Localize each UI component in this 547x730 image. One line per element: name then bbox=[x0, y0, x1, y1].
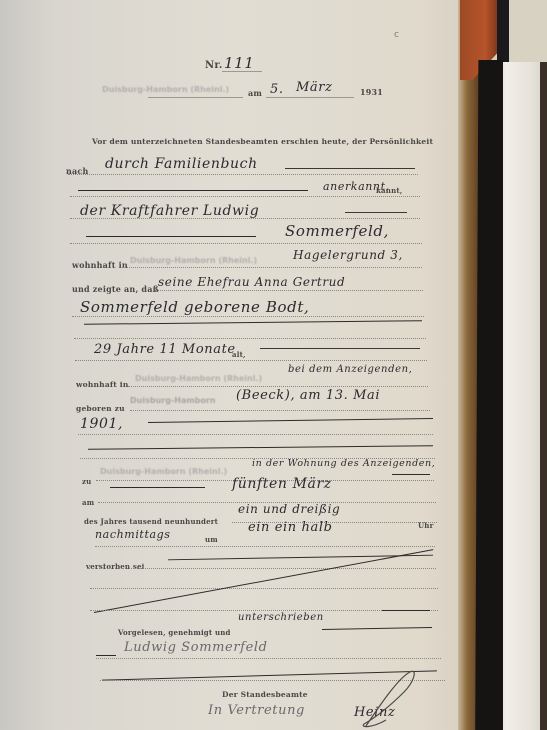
fill-line bbox=[110, 487, 205, 488]
identity-method: durch Familienbuch bbox=[105, 156, 258, 172]
declarant-line2: Sommerfeld, bbox=[285, 222, 389, 240]
nachmittags-hand: nachmittags bbox=[95, 528, 171, 541]
age-suffix: alt, bbox=[232, 350, 246, 359]
black-book-top bbox=[497, 0, 509, 65]
ruled-line bbox=[75, 360, 427, 361]
birth-year: 1901, bbox=[80, 416, 123, 432]
declarant-line1: der Kraftfahrer Ludwig bbox=[80, 203, 259, 219]
deceased-line2: Sommerfeld geborene Bodt, bbox=[80, 298, 309, 316]
date-prefix: am bbox=[248, 88, 262, 98]
uhr-label: Uhr bbox=[418, 521, 433, 530]
fill-line bbox=[382, 610, 430, 611]
official-signature-prefix: In Vertretung bbox=[208, 703, 305, 718]
white-book-shadow bbox=[540, 62, 547, 730]
ruled-line bbox=[70, 243, 422, 244]
death-place-hand: in der Wohnung des Anzeigenden, bbox=[252, 458, 435, 469]
deceased-line1: seine Ehefrau Anna Gertrud bbox=[158, 275, 345, 289]
ruled-line bbox=[128, 386, 428, 387]
place-line bbox=[148, 97, 243, 98]
declarant-street: Hagelergrund 3, bbox=[293, 248, 403, 262]
ruled-line bbox=[96, 658, 441, 659]
ruled-line bbox=[95, 546, 435, 547]
vorgelesen-label: Vorgelesen, genehmigt und bbox=[118, 628, 231, 637]
death-time-hand: ein ein halb bbox=[248, 520, 333, 535]
signature-flourish-icon bbox=[358, 668, 418, 730]
death-date-hand: fünften März bbox=[232, 476, 332, 492]
um-label: um bbox=[205, 535, 218, 544]
geboren-label: geboren zu bbox=[76, 404, 125, 413]
background-wall bbox=[509, 0, 547, 62]
corner-mark: c bbox=[394, 30, 399, 40]
declarant-signature: Ludwig Sommerfeld bbox=[124, 640, 268, 655]
ruled-line bbox=[70, 196, 420, 197]
known-suffix-print: kannt, bbox=[376, 186, 402, 195]
record-number-line bbox=[222, 71, 262, 72]
record-number: 111 bbox=[224, 54, 254, 72]
ruled-line bbox=[72, 316, 424, 317]
ruled-line bbox=[68, 174, 418, 175]
date-day: 5. bbox=[270, 82, 284, 97]
und-zeigte-label: und zeigte an, daß bbox=[72, 284, 159, 294]
official-title: Der Standesbeamte bbox=[222, 690, 308, 699]
fill-line bbox=[78, 190, 308, 191]
am-label: am bbox=[82, 498, 94, 507]
intro-text: Vor dem unterzeichneten Standesbeamten e… bbox=[92, 137, 433, 146]
photo-scene: c Nr. 111 Duisburg-Hamborn (Rheinl.) am … bbox=[0, 0, 547, 730]
jahres-label: des Jahres tausend neunhundert bbox=[84, 517, 218, 526]
birth-place-stamp: Duisburg-Hamborn bbox=[130, 396, 216, 405]
death-place-stamp: Duisburg-Hamborn (Rheinl.) bbox=[100, 467, 227, 476]
ruled-line bbox=[122, 267, 422, 268]
date-line bbox=[266, 97, 354, 98]
ruled-line bbox=[155, 290, 423, 291]
age: 29 Jahre 11 Monate bbox=[94, 342, 236, 357]
deceased-residence-hand: bei dem Anzeigenden, bbox=[288, 364, 412, 375]
fill-line bbox=[96, 655, 116, 656]
verstorben-label: verstorben sei bbox=[86, 562, 144, 571]
record-number-label: Nr. bbox=[205, 60, 223, 71]
fill-line bbox=[392, 474, 430, 475]
fill-line bbox=[345, 212, 407, 213]
date-month: März bbox=[296, 80, 333, 95]
fill-line bbox=[260, 348, 420, 349]
fill-line bbox=[86, 236, 256, 237]
zu-label: zu bbox=[82, 477, 91, 486]
birth-place-hand: (Beeck), am 13. Mai bbox=[236, 388, 380, 403]
place-stamp-header: Duisburg-Hamborn (Rheinl.) bbox=[102, 85, 229, 94]
deceased-residence-stamp: Duisburg-Hamborn (Rheinl.) bbox=[135, 374, 262, 383]
ruled-line bbox=[88, 568, 436, 569]
wohnhaft-label: wohnhaft in bbox=[72, 260, 128, 270]
ruled-line bbox=[130, 410, 430, 411]
vorgelesen-hand: unterschrieben bbox=[238, 612, 324, 623]
declarant-residence-stamp: Duisburg-Hamborn (Rheinl.) bbox=[130, 256, 257, 265]
ruled-line bbox=[74, 338, 426, 339]
ruled-line bbox=[70, 218, 420, 219]
date-year: 1931 bbox=[360, 87, 383, 97]
deceased-residence-label: wohnhaft in bbox=[76, 380, 128, 389]
ruled-line bbox=[78, 434, 433, 435]
ruled-line bbox=[90, 588, 438, 589]
death-year-hand: ein und dreißig bbox=[238, 502, 340, 516]
fill-line bbox=[285, 168, 415, 169]
